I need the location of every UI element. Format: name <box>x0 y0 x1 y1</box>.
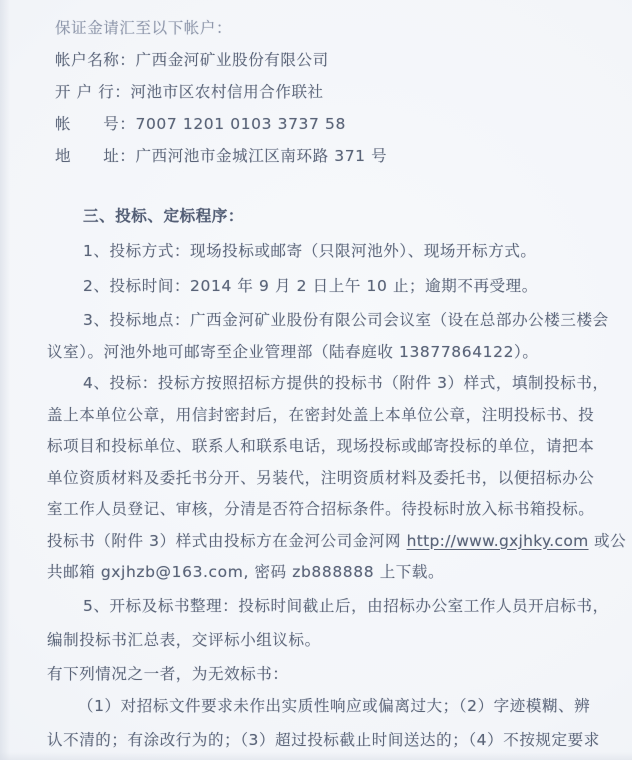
account-number-line: 帐 号：7007 1201 0103 3737 58 <box>47 108 592 140</box>
document-body: 保证金请汇至以下帐户： 帐户名称：广西金河矿业股份有限公司 开 户 行：河池市区… <box>0 0 632 757</box>
item-4-line-6-post-text: 或公 <box>589 532 627 550</box>
company-website-link[interactable]: http://www.gxjhky.com <box>407 532 589 550</box>
invalid-bid-conditions-line-1: （1）对招标文件要求未作出实质性响应或偏离过大；（2）字迹模糊、辨 <box>47 689 592 723</box>
item-4-line-4: 单位资质材料及委托书分开、另装代，注明资质材料及委托书，以便招标办公 <box>47 463 592 495</box>
invalid-bid-conditions-line-2: 认不清的；有涂改行为的；（3）超过投标截止时间送达的；（4）不按规定要求 <box>47 723 592 757</box>
procedure-item-4-bidding: 4、投标：投标方按照招标方提供的投标书（附件 3）样式，填制投标书， 盖上本单位… <box>47 368 592 589</box>
bank-address-line: 地 址：广西河池市金城江区南环路 371 号 <box>47 140 592 172</box>
procedure-item-1-bid-method: 1、投标方式：现场投标或邮寄（只限河池外）、现场开标方式。 <box>47 234 592 269</box>
invalid-bid-intro-line: 有下列情况之一者，为无效标书： <box>47 659 592 689</box>
account-name-line: 帐户名称：广西金河矿业股份有限公司 <box>47 44 592 76</box>
item-3-line-2: 议室）。河池外地可邮寄至企业管理部（陆春庭收 13877864122）。 <box>47 336 592 368</box>
item-3-line-1: 3、投标地点：广西金河矿业股份有限公司会议室（设在总部办公楼三楼会 <box>47 304 592 336</box>
item-5-line-2: 编制投标书汇总表，交评标小组议标。 <box>47 623 592 657</box>
deposit-account-section: 保证金请汇至以下帐户： 帐户名称：广西金河矿业股份有限公司 开 户 行：河池市区… <box>47 12 592 172</box>
item-5-line-1: 5、开标及标书整理：投标时间截止后，由招标办公室工作人员开启标书， <box>47 589 592 623</box>
procedure-item-5-bid-opening: 5、开标及标书整理：投标时间截止后，由招标办公室工作人员开启标书， 编制投标书汇… <box>47 589 592 657</box>
bank-name-line: 开 户 行：河池市区农村信用合作联社 <box>47 76 592 108</box>
scanned-document-page: 保证金请汇至以下帐户： 帐户名称：广西金河矿业股份有限公司 开 户 行：河池市区… <box>0 0 632 760</box>
item-4-line-7-email: 共邮箱 gxjhzb@163.com, 密码 zb888888 上下载。 <box>47 557 592 589</box>
procedure-item-3-bid-location: 3、投标地点：广西金河矿业股份有限公司会议室（设在总部办公楼三楼会 议室）。河池… <box>47 304 592 368</box>
item-4-line-6: 投标书（附件 3）样式由投标方在金河公司金河网 http://www.gxjhk… <box>47 526 592 558</box>
item-4-line-5: 室工作人员登记、审核，分清是否符合招标条件。待投标时放入标书箱投标。 <box>47 494 592 526</box>
item-4-line-2: 盖上本单位公章，用信封密封后，在密封处盖上本单位公章，注明投标书、投 <box>47 400 592 432</box>
procedure-item-2-bid-time: 2、投标时间：2014 年 9 月 2 日上午 10 止；逾期不再受理。 <box>47 269 592 304</box>
deposit-intro-line: 保证金请汇至以下帐户： <box>47 12 592 44</box>
item-4-line-3: 标项目和投标单位、联系人和联系电话，现场投标或邮寄投标的单位，请把本 <box>47 431 592 463</box>
item-4-line-6-pre-text: 投标书（附件 3）样式由投标方在金河公司金河网 <box>47 532 407 550</box>
procedure-section-heading: 三、投标、定标程序： <box>47 198 592 234</box>
item-4-line-1: 4、投标：投标方按照招标方提供的投标书（附件 3）样式，填制投标书， <box>47 368 592 400</box>
